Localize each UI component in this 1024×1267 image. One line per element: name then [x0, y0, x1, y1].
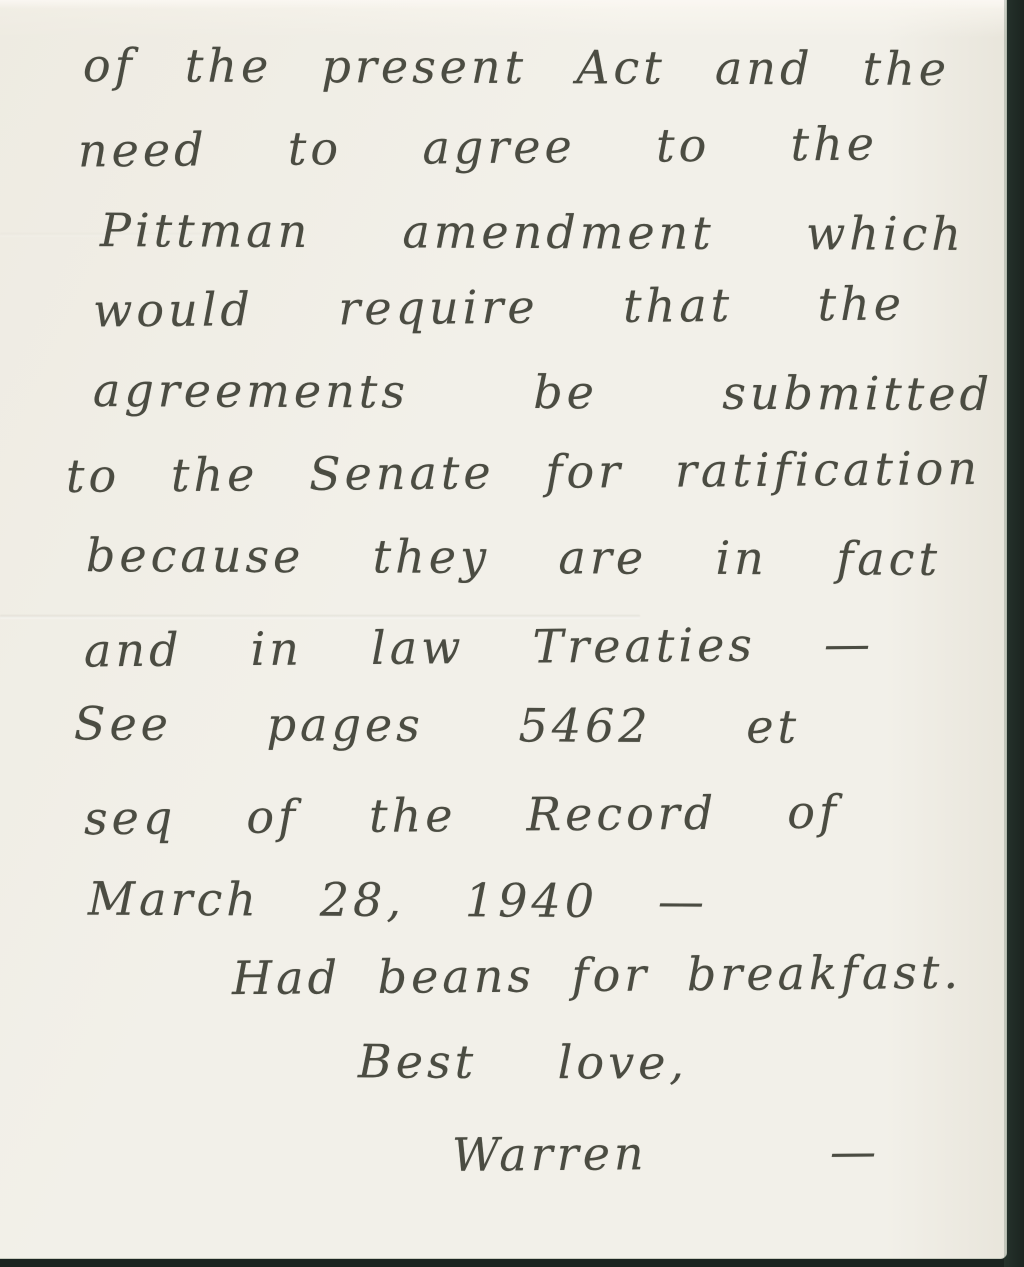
letter-line: of the present Act and the [83, 40, 950, 94]
letter-line: to the Senate for ratification [66, 443, 981, 502]
letter-line: Pittman amendment which [100, 205, 965, 259]
letter-line: because they are in fact [86, 530, 941, 584]
closing-line: Best love, [358, 1036, 688, 1088]
paper-top-edge [0, 0, 1006, 9]
letter-line: need to agree to the [78, 119, 878, 177]
letter-paper: of the present Act and the need to agree… [0, 0, 1006, 1258]
scan-background: of the present Act and the need to agree… [0, 0, 1024, 1267]
letter-line: agreements be submitted [93, 365, 993, 420]
letter-line: seq of the Record of [84, 787, 840, 844]
letter-line: and in law Treaties — [84, 619, 874, 676]
letter-line: March 28, 1940 — [88, 874, 708, 927]
letter-line: See pages 5462 et [74, 698, 800, 752]
signature-line: Warren — [452, 1126, 880, 1180]
letter-line: would require that the [93, 278, 905, 336]
letter-line: Had beans for breakfast. [232, 947, 962, 1004]
